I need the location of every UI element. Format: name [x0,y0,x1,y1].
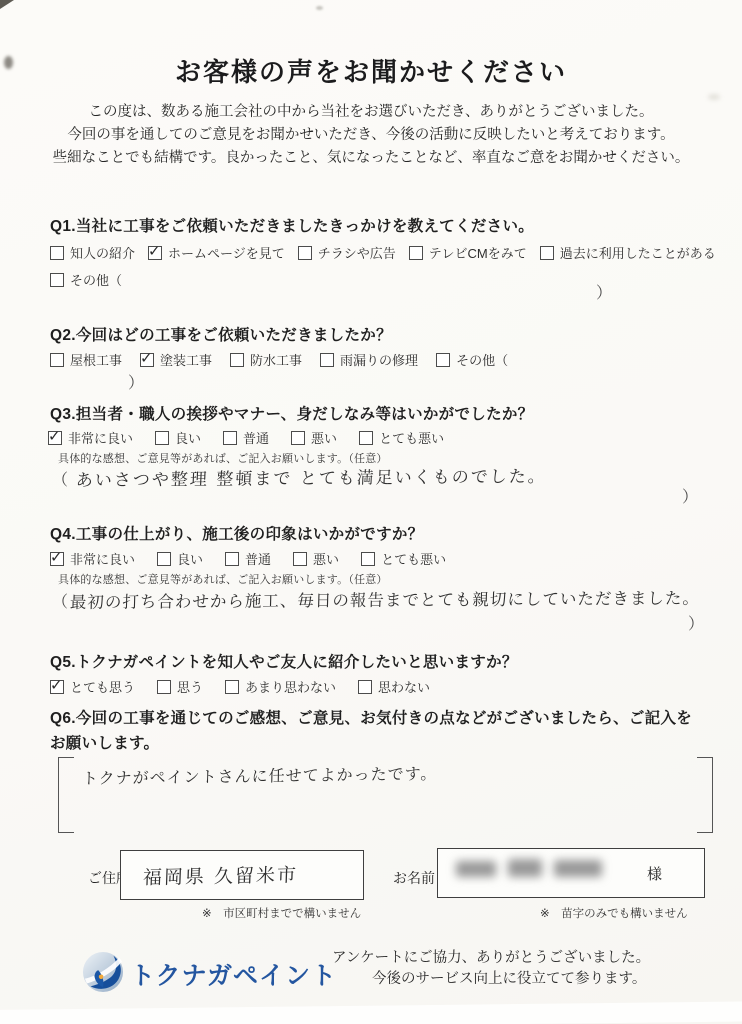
question-4-options: 非常に良い 良い 普通 悪い とても悪い [50,549,446,568]
footer-thanks-line2: 今後のサービス向上に役立てて参ります。 [372,967,646,988]
scan-background-below-edge [0,1001,742,1024]
option-label: あまり思わない [245,677,336,696]
option-label: 防水工事 [250,350,302,369]
option-label: 屋根工事 [70,350,122,369]
survey-form-scan: お客様の声をお聞かせください この度は、数ある施工会社の中から当社をお選びいただ… [0,0,742,1024]
q6-handwritten-answer[interactable]: トクナがペイントさんに任せてよかったです。 [82,761,438,789]
checkbox-icon[interactable] [225,552,239,566]
q3-option-excellent[interactable]: 非常に良い [48,428,133,447]
option-label: 思う [177,677,203,696]
q3-option-very-bad[interactable]: とても悪い [359,428,444,447]
company-logo-globe-icon [82,951,124,993]
address-handwritten-value: 福岡県 久留米市 [143,860,299,890]
question-6-heading: Q6.今回の工事を通じてのご感想、ご意見、お気付きの点などがございましたら、ご記… [50,706,698,756]
question-2-heading: Q2.今回はどの工事をご依頼いただきましたか？ [50,323,392,345]
q3-close-paren: ） [682,484,698,507]
question-4-heading: Q4.工事の仕上がり、施工後の印象はいかがですか？ [50,522,424,544]
scan-speck [316,6,323,10]
option-label: 非常に良い [68,428,133,447]
checkbox-icon[interactable] [359,431,373,445]
checkbox-icon[interactable] [293,552,307,566]
q1-option-other[interactable]: その他（ [50,270,122,289]
option-label: 普通 [243,428,269,447]
q5-option-strongly-agree[interactable]: とても思う [50,677,135,696]
checkbox-icon[interactable] [223,431,237,445]
q3-option-bad[interactable]: 悪い [291,428,337,447]
intro-line: 些細なことでも結構です。良かったこと、気になったことなど、率直なご意をお聞かせく… [0,147,742,170]
option-label: 塗装工事 [160,350,212,369]
scan-speck [708,94,720,100]
question-5-heading: Q5.トクナガペイントを知人やご友人に紹介したいと思いますか？ [50,650,518,672]
q4-option-bad[interactable]: 悪い [293,549,339,568]
q4-option-excellent[interactable]: 非常に良い [50,549,135,568]
checkbox-icon[interactable] [436,353,450,367]
name-note: ※ 苗字のみでも構いません [540,905,688,921]
name-privacy-blur [508,859,542,877]
q1-option-referral[interactable]: 知人の紹介 [50,243,135,262]
q1-option-past-use[interactable]: 過去に利用したことがある [540,243,716,262]
q2-option-paint[interactable]: 塗装工事 [140,350,212,369]
address-input-box[interactable]: 福岡県 久留米市 [120,850,364,900]
option-label: 非常に良い [70,549,135,568]
checkbox-checked-icon[interactable] [50,680,64,694]
q4-comment-note: 具体的な感想、ご意見等があれば、ご記入お願いします。（任意） [58,571,388,587]
question-1-heading: Q1.当社に工事をご依頼いただきましたきっかけを教えてください。 [50,214,534,236]
checkbox-icon[interactable] [230,353,244,367]
option-label: 良い [175,428,201,447]
option-label: ホームページを見て [168,243,285,262]
q4-open-paren: （ [52,589,68,612]
option-label: 思わない [378,677,430,696]
checkbox-icon[interactable] [157,680,171,694]
q4-close-paren: ） [688,611,704,634]
checkbox-icon[interactable] [155,431,169,445]
option-label: テレビCMをみて [429,243,527,262]
option-label: 過去に利用したことがある [560,243,716,262]
q4-handwritten-answer[interactable]: 最初の打ち合わせから施工、毎日の報告までとても親切にしていただきました。 [70,585,701,613]
q4-option-very-bad[interactable]: とても悪い [361,549,446,568]
q1-option-website[interactable]: ホームページを見て [148,243,285,262]
q3-handwritten-answer[interactable]: あいさつや整理 整頓まで とても満足いくものでした。 [75,462,547,491]
question-3-options: 非常に良い 良い 普通 悪い とても悪い [48,428,444,447]
q2-option-waterproof[interactable]: 防水工事 [230,350,302,369]
company-logo-text: トクナガペイント [130,956,337,992]
q3-option-normal[interactable]: 普通 [223,428,269,447]
option-label: とても悪い [381,549,446,568]
q1-option-flyer[interactable]: チラシや広告 [298,243,396,262]
name-privacy-blur [456,861,496,877]
checkbox-icon[interactable] [157,552,171,566]
option-label: 悪い [311,428,337,447]
question-5-options: とても思う 思う あまり思わない 思わない [50,677,430,696]
checkbox-checked-icon[interactable] [148,246,162,260]
checkbox-icon[interactable] [291,431,305,445]
option-label: チラシや広告 [318,243,396,262]
checkbox-icon[interactable] [225,680,239,694]
q2-option-other[interactable]: その他（ [436,350,508,369]
option-label: とても悪い [379,428,444,447]
checkbox-checked-icon[interactable] [140,353,154,367]
name-suffix: 様 [647,863,662,884]
option-label: その他（ [456,350,508,369]
q3-open-paren: （ [52,467,68,490]
q5-option-agree[interactable]: 思う [157,677,203,696]
q1-option-tvcm[interactable]: テレビCMをみて [409,243,527,262]
question-1-options: 知人の紹介 ホームページを見て チラシや広告 テレビCMをみて 過去に利用したこ… [50,243,716,262]
q4-option-good[interactable]: 良い [157,549,203,568]
option-label: 普通 [245,549,271,568]
checkbox-checked-icon[interactable] [50,552,64,566]
intro-line: この度は、数ある施工会社の中から当社をお選びいただき、ありがとうございました。 [0,101,742,124]
intro-line: 今回の事を通してのご意見をお聞かせいただき、今後の活動に反映したいと考えておりま… [0,124,742,147]
option-label: 悪い [313,549,339,568]
q2-close-paren: ） [128,370,144,393]
option-label: とても思う [70,677,135,696]
option-label: その他（ [70,270,122,289]
intro-text: この度は、数ある施工会社の中から当社をお選びいただき、ありがとうございました。 … [0,101,742,170]
q5-option-not-really[interactable]: あまり思わない [225,677,336,696]
name-privacy-blur [554,860,602,877]
question-3-heading: Q3.担当者・職人の挨拶やマナー、身だしなみ等はいかがでしたか？ [50,402,533,424]
checkbox-icon[interactable] [540,246,554,260]
option-label: 良い [177,549,203,568]
name-input-box[interactable]: 様 [437,848,705,898]
checkbox-icon[interactable] [50,273,64,287]
page-title: お客様の声をお聞かせください [0,52,742,89]
q6-answer-box-left-bracket [58,757,74,833]
q6-answer-box-right-bracket [697,757,713,833]
checkbox-icon[interactable] [50,353,64,367]
footer-thanks-line1: アンケートにご協力、ありがとうございました。 [332,946,650,967]
checkbox-icon[interactable] [358,680,372,694]
q4-option-normal[interactable]: 普通 [225,549,271,568]
question-1-other-row: その他（ [50,270,122,289]
checkbox-icon[interactable] [409,246,423,260]
checkbox-icon[interactable] [361,552,375,566]
q2-option-roof[interactable]: 屋根工事 [50,350,122,369]
option-label: 雨漏りの修理 [340,350,418,369]
checkbox-icon[interactable] [298,246,312,260]
q1-close-paren: ） [596,280,612,303]
scan-corner-artifact [0,0,14,9]
address-note: ※ 市区町村までで構いません [202,905,361,921]
checkbox-icon[interactable] [50,246,64,260]
checkbox-checked-icon[interactable] [48,431,62,445]
q2-option-leak-repair[interactable]: 雨漏りの修理 [320,350,418,369]
checkbox-icon[interactable] [320,353,334,367]
name-label: お名前 [393,868,435,888]
question-2-options: 屋根工事 塗装工事 防水工事 雨漏りの修理 その他（ [50,350,508,369]
q5-option-disagree[interactable]: 思わない [358,677,430,696]
q3-option-good[interactable]: 良い [155,428,201,447]
option-label: 知人の紹介 [70,243,135,262]
